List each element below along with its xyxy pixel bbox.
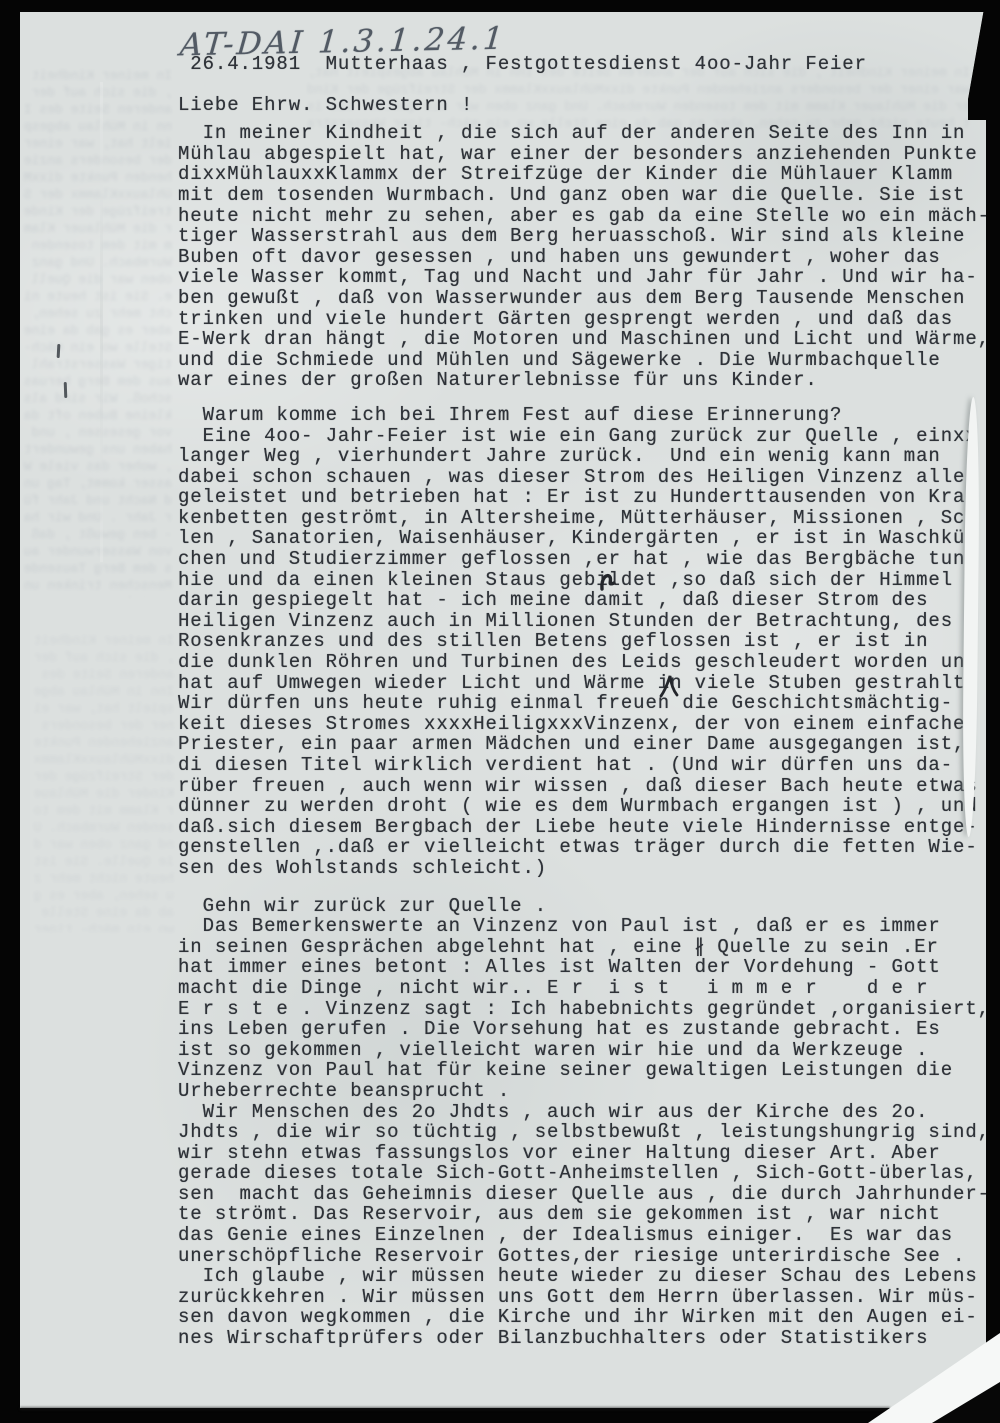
typed-line: Gehn wir zurück zur Quelle . (178, 896, 986, 917)
typed-line: genstellen ,.daß er vielleicht etwas trä… (178, 837, 986, 858)
typed-line: In meiner Kindheit , die sich auf der an… (178, 123, 986, 144)
typed-line: nes Wirschaftprüfers oder Bilanzbuchhalt… (178, 1328, 986, 1349)
typed-line: Vinzenz von Paul hat für keine seiner ge… (178, 1060, 986, 1081)
scan-edge-right (986, 0, 1000, 1423)
typed-line: und die Schmiede und Mühlen und Sägewerk… (178, 350, 986, 371)
typed-line: hat immer eines betont : Alles ist Walte… (178, 957, 986, 978)
typed-line: ist so gekommen , vielleicht waren wir h… (178, 1040, 986, 1061)
typed-line: keit dieses Stromes xxxxHeiligxxxVinzenx… (178, 714, 986, 735)
typed-line: dünner zu werden droht ( wie es dem Wurm… (178, 796, 986, 817)
pen-caret-mark (658, 674, 680, 698)
typed-line: heute nicht mehr zu sehen, aber es gab d… (178, 206, 986, 227)
scan-edge-top (0, 0, 1000, 12)
typed-line: langer Weg , vierhundert Jahre zurück. U… (178, 446, 986, 467)
typed-line: war eines der großen Naturerlebnisse für… (178, 370, 986, 391)
typed-line: gerade dieses totale Sich-Gott-Anheimste… (178, 1163, 986, 1184)
body-paragraphs: In meiner Kindheit , die sich auf der an… (178, 123, 986, 1348)
typed-line: das Genie eines Einzelnen , der Idealism… (178, 1225, 986, 1246)
typed-line: Rosenkranzes und des stillen Betens gefl… (178, 631, 986, 652)
paper-sheet: In meiner Kindheit , die sich auf der an… (20, 12, 986, 1408)
typed-line: trinken und viele hundert Gärten gespren… (178, 309, 986, 330)
typed-line: Ich glaube , wir müssen heute wieder zu … (178, 1266, 986, 1287)
typed-line: chen und Studierzimmer geflossen ,er hat… (178, 549, 986, 570)
typed-line: dixxMühlauxxKlammx der Streifzüge der Ki… (178, 164, 986, 185)
typed-line: viele Wasser kommt, Tag und Nacht und Ja… (178, 267, 986, 288)
typed-line: geleistet und betrieben hat : Er ist zu … (178, 487, 986, 508)
typed-line: Urheberrechte beansprucht . (178, 1081, 986, 1102)
salutation-line: Liebe Ehrw. Schwestern ! (178, 95, 986, 116)
typed-line: mit dem tosenden Wurmbach. Und ganz oben… (178, 185, 986, 206)
scan-corner-top-right (968, 0, 990, 120)
paragraph: Warum komme ich bei Ihrem Fest auf diese… (178, 405, 986, 879)
typed-line: Buben oft davor gesessen , und haben uns… (178, 247, 986, 268)
typed-line: E-Werk dran hängt , die Motoren und Masc… (178, 329, 986, 350)
typed-line: Heiligen Vinzenz auch in Millionen Stund… (178, 611, 986, 632)
typed-line: in seinen Gesprächen abgelehnt hat , ein… (178, 937, 986, 958)
typed-line: Das Bemerkenswerte an Vinzenz von Paul i… (178, 916, 986, 937)
typed-line: die dunklen Röhren und Turbinen des Leid… (178, 652, 986, 673)
typed-line: Priester, ein paar armen Mädchen und ein… (178, 734, 986, 755)
typed-line: darin gespiegelt hat - ich meine damit ,… (178, 590, 986, 611)
bleedthrough-lower-left: In meiner Kindheit , die sich auf der an… (26, 632, 174, 932)
typed-line: macht die Dinge , nicht wir.. E r i s t … (178, 978, 986, 999)
typed-line: di diesen Titel wirklich verdient hat . … (178, 755, 986, 776)
paragraph: Wir Menschen des 2o Jhdts , auch wir aus… (178, 1102, 986, 1267)
typed-line: hat auf Umwegen wieder Licht und Wärme i… (178, 673, 986, 694)
paper-crease (100, 82, 103, 562)
typed-line: sen macht das Geheimnis dieser Quelle au… (178, 1184, 986, 1205)
scanned-document-page: { "archive_code": "AT-DAI 1.3.1.24.1", "… (0, 0, 1000, 1423)
typed-line: rüber freuen , auch wenn wir wissen , da… (178, 776, 986, 797)
scan-edge-left (0, 0, 20, 1423)
typed-line: Eine 4oo- Jahr-Feier ist wie ein Gang zu… (178, 426, 986, 447)
typed-line: ben gewußt , daß von Wasserwunder aus de… (178, 288, 986, 309)
typed-line: sen davon wegkommen , die Kirche und ihr… (178, 1307, 986, 1328)
typed-line: dabei schon schauen , was dieser Strom d… (178, 467, 986, 488)
typed-line: Warum komme ich bei Ihrem Fest auf diese… (178, 405, 986, 426)
pen-insertion-mark-stausee (598, 570, 618, 592)
typed-line: Wir dürfen uns heute ruhig einmal freuen… (178, 693, 986, 714)
scan-edge-bottom (0, 1408, 1000, 1423)
typed-line: daß.sich diesem Bergbach der Liebe heute… (178, 817, 986, 838)
paragraph: Gehn wir zurück zur Quelle . Das Bemerke… (178, 896, 986, 1102)
paragraph: In meiner Kindheit , die sich auf der an… (178, 123, 986, 391)
paper-bottom-shadow (20, 1407, 890, 1410)
typed-line: zurückkehren . Wir müssen uns Gott dem H… (178, 1287, 986, 1308)
typed-line: te strömt. Das Reservoir, aus dem sie ge… (178, 1204, 986, 1225)
typed-line: len , Sanatorien, Waisenhäuser, Kindergä… (178, 528, 986, 549)
typed-line: tiger Wasserstrahl aus dem Berg heruassc… (178, 226, 986, 247)
typed-text-block: 26.4.1981 Mutterhaas , Festgottesdienst … (178, 54, 986, 1349)
typed-line: kenbetten geströmt, in Altersheime, Mütt… (178, 508, 986, 529)
typed-line: unerschöpfliche Reservoir Gottes,der rie… (178, 1246, 986, 1267)
typed-line: Jhdts , die wir so tüchtig , selbstbewuß… (178, 1122, 986, 1143)
typed-line: sen des Wohlstands schleicht.) (178, 858, 986, 879)
typed-line: hie und da einen kleinen Staus gebildet … (178, 570, 986, 591)
typed-line: wir stehn etwas fassungslos vor einer Ha… (178, 1143, 986, 1164)
typed-line: ins Leben gerufen . Die Vorsehung hat es… (178, 1019, 986, 1040)
paragraph: Ich glaube , wir müssen heute wieder zu … (178, 1266, 986, 1348)
date-title-line: 26.4.1981 Mutterhaas , Festgottesdienst … (178, 54, 986, 75)
typed-line: Wir Menschen des 2o Jhdts , auch wir aus… (178, 1102, 986, 1123)
bleedthrough-left-margin: In meiner Kindheit , die sich auf der an… (22, 67, 172, 597)
typed-line: Mühlau abgespielt hat, war einer der bes… (178, 144, 986, 165)
typed-line: E r s t e . Vinzenz sagt : Ich habebnich… (178, 999, 986, 1020)
ink-dash-mark (64, 382, 68, 398)
